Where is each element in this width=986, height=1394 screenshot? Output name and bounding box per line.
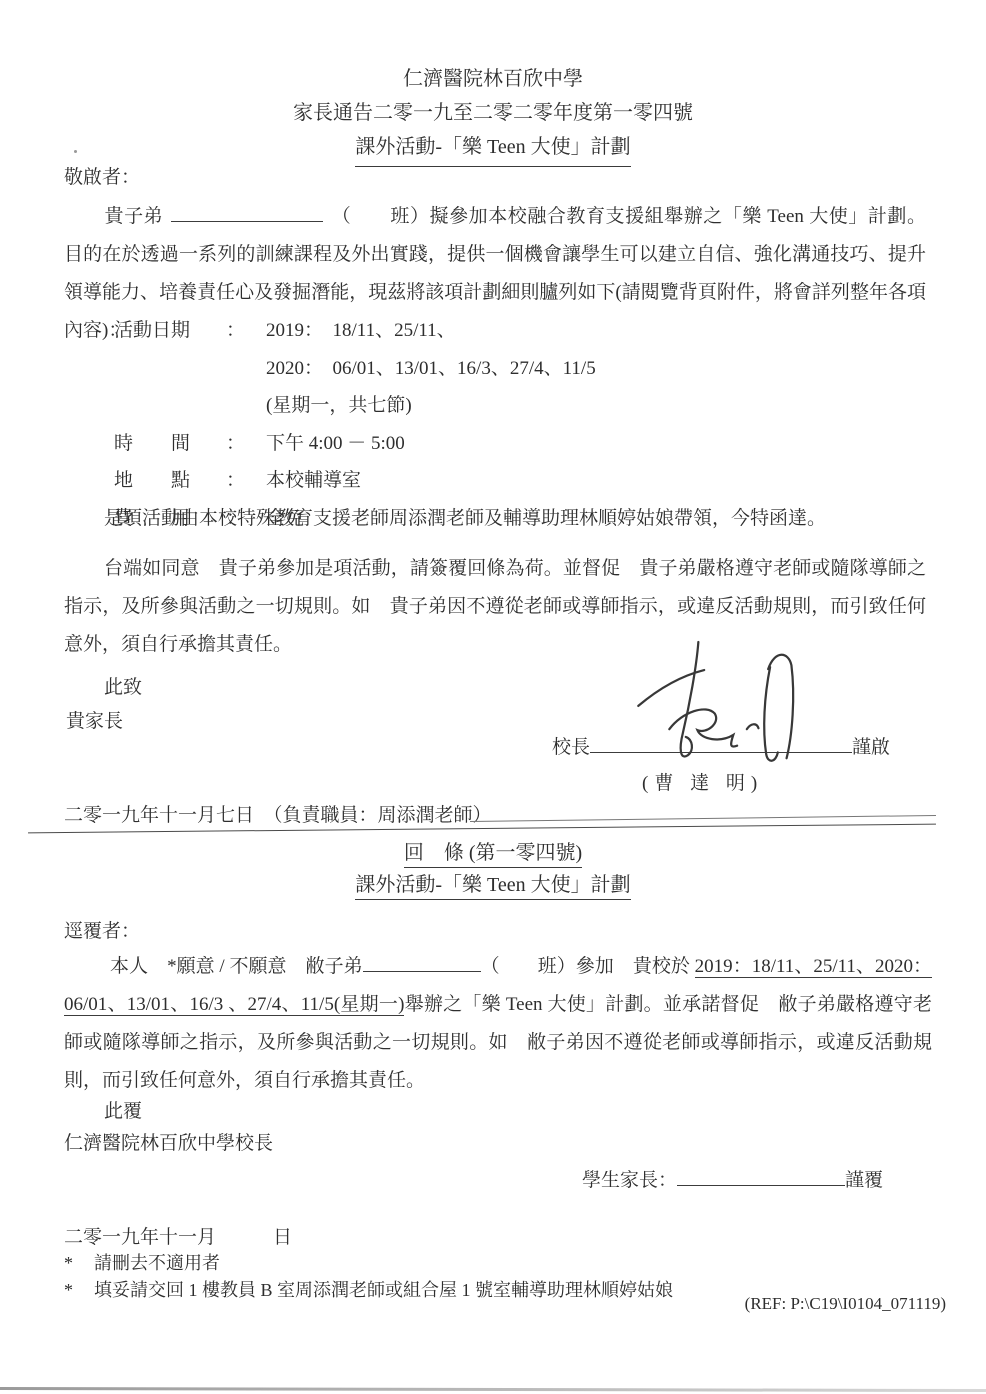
detail-value: 2019： 18/11、25/11、 — [266, 312, 456, 350]
footnote-delete-inapplicable: *請刪去不適用者 — [64, 1250, 673, 1277]
reply-slip-heading: 回 條 (第一零四號) — [0, 836, 986, 868]
parent-signature-line: 學生家長：謹覆 — [582, 1166, 883, 1196]
detail-row-time: 時 間 ： 下午 4:00 － 5:00 — [114, 425, 596, 463]
detail-value: (星期一，共七節) — [266, 387, 412, 425]
detail-label: 地 點 — [114, 462, 226, 500]
detail-value: 2020： 06/01、13/01、16/3、27/4、11/5 — [266, 350, 596, 388]
notice-date-line: 二零一九年十一月七日 （負責職員：周添潤老師） — [64, 800, 492, 827]
detail-row-date2: 2020： 06/01、13/01、16/3、27/4、11/5 — [114, 350, 596, 388]
reply-slip-subheading: 課外活動-「樂 Teen 大使」計劃 — [0, 868, 986, 900]
reply-body-paragraph: 本人 *願意 / 不願意 敝子弟（ 班）參加 貴校於 2019：18/11、25… — [64, 948, 932, 1100]
detail-label: 活動日期 — [114, 312, 226, 350]
student-name-blank — [171, 204, 323, 222]
principal-name: (曹 達 明) — [642, 768, 763, 795]
activity-title: 課外活動-「樂 Teen 大使」計劃 — [0, 130, 986, 167]
principal-label: 校長 — [552, 737, 590, 758]
respectfully-reply-label: 謹覆 — [845, 1170, 883, 1191]
detail-row-date: 活動日期 ： 2019： 18/11、25/11、 — [114, 312, 596, 350]
detail-colon: ： — [226, 462, 266, 500]
detail-value: 本校輔導室 — [266, 462, 361, 500]
reply-date-line: 二零一九年十一月 日 — [64, 1222, 292, 1249]
detail-row-venue: 地 點 ： 本校輔導室 — [114, 462, 596, 500]
footnote-return-instructions: *填妥請交回 1 樓教員 B 室周添潤老師或組合屋 1 號室輔導助理林順婷姑娘 — [64, 1277, 673, 1304]
cizhi-label: 此致 — [104, 672, 142, 699]
scan-speck — [74, 150, 77, 153]
detail-label: 時 間 — [114, 425, 226, 463]
reply-salutation: 逕覆者： — [64, 916, 140, 943]
cifu-label: 此覆 — [104, 1096, 142, 1123]
scan-edge-artifact — [0, 1387, 986, 1392]
leaders-paragraph: 是項活動由本校特殊教育支援老師周添潤老師及輔導助理林順婷姑娘帶領，今特函達。 — [64, 500, 926, 538]
recipient-label: 貴家長 — [66, 706, 123, 733]
detail-colon: ： — [226, 312, 266, 350]
reply-consent-choice: 本人 *願意 / 不願意 敝子弟 — [110, 956, 363, 977]
school-name: 仁濟醫院林百欣中學 — [0, 62, 986, 96]
reply-student-name-blank — [363, 954, 481, 972]
class-blank: （ 班） — [331, 206, 429, 227]
section-divider-line-faint — [470, 815, 936, 822]
respectfully-label: 謹啟 — [852, 737, 890, 758]
document-header: 仁濟醫院林百欣中學 家長通告二零一九至二零二零年度第一零四號 課外活動-「樂 T… — [0, 62, 986, 167]
parent-label: 學生家長： — [582, 1170, 677, 1191]
reply-addressee: 仁濟醫院林百欣中學校長 — [64, 1128, 273, 1155]
footnotes: *請刪去不適用者 *填妥請交回 1 樓教員 B 室周添潤老師或組合屋 1 號室輔… — [64, 1250, 673, 1304]
detail-colon: ： — [226, 425, 266, 463]
detail-row-weekday: (星期一，共七節) — [114, 387, 596, 425]
reply-class-blank: （ 班）參加 貴校於 — [481, 956, 695, 977]
reference-code: (REF: P:\C19\I0104_071119) — [745, 1294, 946, 1314]
child-label: 貴子弟 — [104, 206, 163, 227]
asterisk: * — [64, 1250, 94, 1277]
asterisk: * — [64, 1277, 94, 1304]
parent-signature-blank — [677, 1168, 845, 1186]
salutation: 敬啟者： — [64, 162, 140, 189]
notice-number-title: 家長通告二零一九至二零二零年度第一零四號 — [0, 96, 986, 130]
principal-signature-handwriting — [612, 640, 808, 766]
detail-value: 下午 4:00 － 5:00 — [266, 425, 405, 463]
